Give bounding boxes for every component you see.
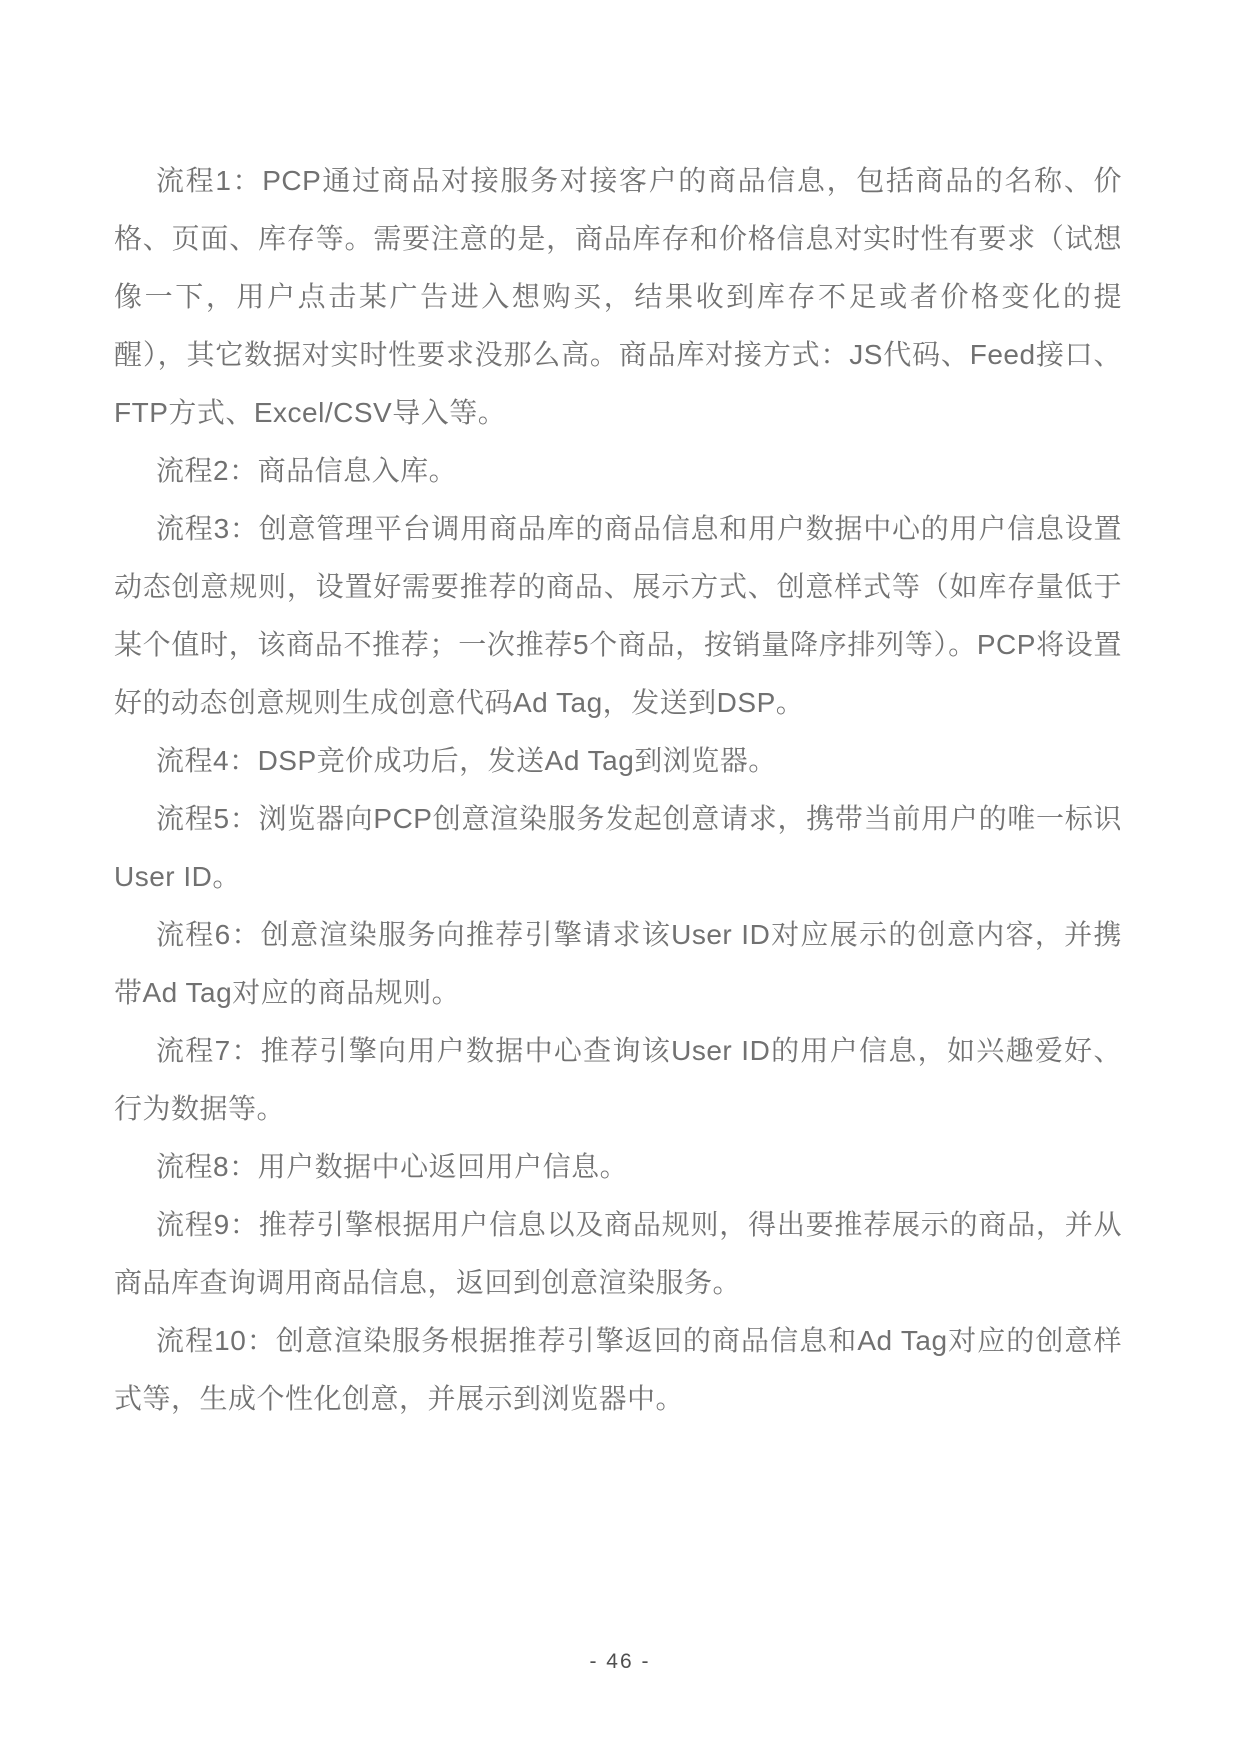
page-number: - 46 - bbox=[589, 1650, 650, 1673]
paragraph-flow-1: 流程1：PCP通过商品对接服务对接客户的商品信息，包括商品的名称、价格、页面、库… bbox=[114, 152, 1122, 442]
paragraph-flow-10: 流程10：创意渲染服务根据推荐引擎返回的商品信息和Ad Tag对应的创意样式等，… bbox=[114, 1312, 1122, 1428]
paragraph-flow-2: 流程2：商品信息入库。 bbox=[114, 442, 1122, 500]
paragraph-flow-4: 流程4：DSP竞价成功后，发送Ad Tag到浏览器。 bbox=[114, 732, 1122, 790]
paragraph-flow-5: 流程5：浏览器向PCP创意渲染服务发起创意请求，携带当前用户的唯一标识User … bbox=[114, 790, 1122, 906]
paragraph-flow-9: 流程9：推荐引擎根据用户信息以及商品规则，得出要推荐展示的商品，并从商品库查询调… bbox=[114, 1196, 1122, 1312]
paragraph-flow-8: 流程8：用户数据中心返回用户信息。 bbox=[114, 1138, 1122, 1196]
paragraph-flow-7: 流程7：推荐引擎向用户数据中心查询该User ID的用户信息，如兴趣爱好、行为数… bbox=[114, 1022, 1122, 1138]
paragraph-flow-6: 流程6：创意渲染服务向推荐引擎请求该User ID对应展示的创意内容，并携带Ad… bbox=[114, 906, 1122, 1022]
page-footer: - 46 - bbox=[0, 1650, 1240, 1674]
document-page: 流程1：PCP通过商品对接服务对接客户的商品信息，包括商品的名称、价格、页面、库… bbox=[0, 0, 1240, 1754]
paragraph-flow-3: 流程3：创意管理平台调用商品库的商品信息和用户数据中心的用户信息设置动态创意规则… bbox=[114, 500, 1122, 732]
body-text: 流程1：PCP通过商品对接服务对接客户的商品信息，包括商品的名称、价格、页面、库… bbox=[114, 152, 1122, 1428]
